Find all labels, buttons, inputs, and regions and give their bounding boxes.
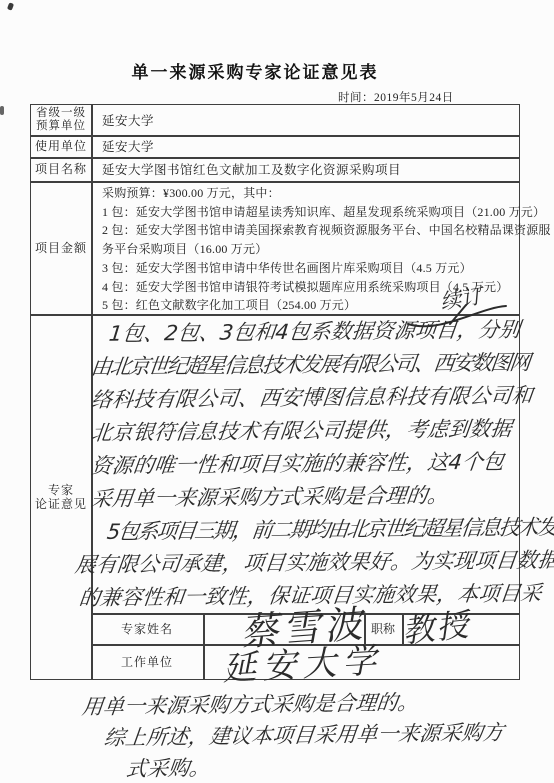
expert-opinion-label: 专家 论证意见 [31,314,91,679]
user-unit-value: 延安大学 [91,135,519,157]
date-label: 时间：2019年5月24日 [338,89,454,105]
opinion-continuation: 用单一来源采购方式采购是合理的。综上所述，建议本项目采用单一来源采购方式采购。 [82,692,552,783]
work-unit-signature: 延安大学 [221,633,383,690]
table-divider [203,613,205,679]
form-table: 省级一级 预算单位 延安大学 使用单位 延安大学 项目名称 延安大学图书馆红色文… [30,104,520,680]
handwritten-line: 络科技有限公司、西安博图信息科技有限公司和 [89,380,521,417]
handwritten-line: 采用单一来源采购方式采购是合理的。 [89,479,521,516]
job-title-signature: 教授 [400,600,472,653]
handwritten-line: 展有限公司承建，项目实施效果好。为实现项目数据 [73,544,521,582]
project-name-value: 延安大学图书馆红色文献加工及数字化资源采购项目 [91,157,519,181]
budget-unit-value: 延安大学 [91,105,519,135]
scanned-form-page: 单一来源采购专家论证意见表 时间：2019年5月24日 省级一级 预算单位 延安… [0,0,554,783]
amount-line: 采购预算：¥300.00 万元，其中： [102,184,519,203]
expert-opinion-handwriting: 1包、2包、3包和4包系数据资源项目，分别由北京世纪超星信息技术发展有限公司、西… [91,314,519,613]
amount-line: 务平台采购项目（16.00 万元） [102,240,519,259]
amount-line: 1 包：延安大学图书馆申请超星读秀知识库、超星发现系统采购项目（21.00 万元… [102,203,519,222]
amount-line: 2 包：延安大学图书馆申请美国探索教育视频资源服务平台、中国名校精品课资源服 [102,221,519,240]
expert-opinion-label-line2: 论证意见 [35,497,87,511]
handwritten-line: 资源的唯一性和项目实施的兼容性，这4个包 [89,446,521,483]
handwritten-line: 由北京世纪超星信息技术发展有限公司、西安数图网 [89,347,521,384]
work-unit-label: 工作单位 [91,644,203,679]
expert-opinion-label-line1: 专家 [48,483,74,497]
scan-speck [7,2,14,10]
handwritten-line: 5包系项目三期，前二期均由北京世纪超星信息技术发 [89,512,521,549]
expert-name-label: 专家姓名 [91,613,203,644]
budget-unit-label-line2: 预算单位 [36,120,86,133]
user-unit-label: 使用单位 [31,135,91,157]
project-amount-label: 项目金额 [31,181,91,314]
amount-line: 3 包：延安大学图书馆申请中华传世名画图片库采购项目（4.5 万元） [102,259,519,278]
project-name-label: 项目名称 [31,157,91,181]
insertion-caret-mark [406,300,510,332]
document-title: 单一来源采购专家论证意见表 [0,58,510,83]
scan-speck [0,106,4,115]
budget-unit-label: 省级一级 预算单位 [31,105,91,135]
handwritten-line: 式采购。 [124,748,554,783]
handwritten-line: 北京银符信息技术有限公司提供，考虑到数据 [89,413,521,450]
budget-unit-label-line1: 省级一级 [36,107,86,120]
